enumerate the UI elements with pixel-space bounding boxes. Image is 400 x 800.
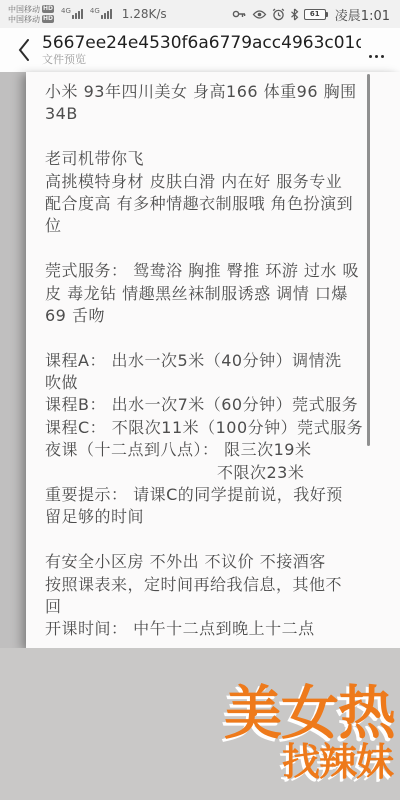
document-page[interactable]: 小米 93年四川美女 身高166 体重96 胸围34B 老司机带你飞高挑模特身材… — [26, 72, 400, 648]
page-subtitle: 文件预览 — [42, 53, 361, 67]
dot-icon — [369, 55, 372, 58]
document-line: 皮 毒龙钻 情趣黑丝袜制服诱惑 调情 口爆 — [45, 283, 374, 305]
document-line: 留足够的时间 — [45, 506, 374, 528]
document-line: 69 舌吻 — [45, 305, 374, 327]
document-text: 小米 93年四川美女 身高166 体重96 胸围34B 老司机带你飞高挑模特身材… — [45, 81, 374, 641]
phone-screen: 中国移动 HD 中国移动 HD 4G 4G 1.28K/s — [0, 0, 400, 800]
document-line: 开课时间： 中午十二点到晚上十二点 — [45, 618, 374, 640]
hd-badge-icon: HD — [42, 15, 54, 23]
status-left: 中国移动 HD 中国移动 HD 4G 4G 1.28K/s — [8, 5, 167, 24]
document-line: 有安全小区房 不外出 不议价 不接酒客 — [45, 551, 374, 573]
dot-icon — [375, 55, 378, 58]
hd-badge-icon: HD — [42, 5, 54, 13]
document-line: 不限次23米 — [45, 462, 374, 484]
network-type-label: 4G — [61, 8, 71, 15]
document-line: 课程B： 出水一次7米（60分钟）莞式服务 — [45, 394, 374, 416]
watermark-title: 美女热 — [224, 684, 395, 742]
file-title: 5667ee24e4530f6a6779acc4963c01d... — [42, 33, 361, 53]
document-line: 重要提示： 请课C的同学提前说，我好预 — [45, 484, 374, 506]
network-speed: 1.28K/s — [122, 7, 167, 21]
carrier-name-2: 中国移动 — [8, 15, 40, 24]
watermark-subtitle: 找辣妹 — [224, 743, 393, 781]
title-block: 5667ee24e4530f6a6779acc4963c01d... 文件预览 — [42, 33, 361, 67]
chevron-left-icon — [18, 39, 30, 61]
app-header: 5667ee24e4530f6a6779acc4963c01d... 文件预览 — [0, 28, 400, 72]
status-time: 凌晨1:01 — [335, 5, 390, 24]
scrollbar-thumb[interactable] — [367, 74, 370, 446]
carrier-block: 中国移动 HD 中国移动 HD — [8, 5, 54, 24]
battery-level: 61 — [304, 9, 326, 20]
alarm-icon — [272, 8, 285, 21]
status-right: 61 凌晨1:01 — [232, 5, 390, 24]
signal-icon: 4G — [61, 9, 83, 19]
document-line: 配合度高 有多种情趣衣制服哦 角色扮演到 — [45, 193, 374, 215]
document-line: 吹做 — [45, 372, 374, 394]
document-line: 莞式服务： 鸳鸯浴 胸推 臀推 环游 过水 吸 — [45, 260, 374, 282]
document-line: 高挑模特身材 皮肤白滑 内在好 服务专业 — [45, 171, 374, 193]
bluetooth-icon — [290, 8, 299, 21]
document-line: 按照课表来，定时间再给我信息，其他不 — [45, 574, 374, 596]
signal-bars-icon — [101, 9, 112, 19]
carrier-name-1: 中国移动 — [8, 5, 40, 14]
watermark-logo: 美女热 找辣妹 — [224, 684, 395, 781]
key-icon — [232, 8, 247, 20]
document-line: 课程C： 不限次11米（100分钟）莞式服务 — [45, 417, 374, 439]
document-line: 老司机带你飞 — [45, 148, 374, 170]
document-line: 34B — [45, 103, 374, 125]
document-line: 小米 93年四川美女 身高166 体重96 胸围 — [45, 81, 374, 103]
status-bar: 中国移动 HD 中国移动 HD 4G 4G 1.28K/s — [0, 0, 400, 28]
preview-area: 小米 93年四川美女 身高166 体重96 胸围34B 老司机带你飞高挑模特身材… — [0, 72, 400, 800]
network-type-label: 4G — [90, 8, 100, 15]
document-line: 位 — [45, 215, 374, 237]
signal-icon-2: 4G — [90, 9, 112, 19]
back-button[interactable] — [10, 33, 38, 67]
eye-icon — [252, 9, 267, 20]
dot-icon — [381, 55, 384, 58]
signal-bars-icon — [72, 9, 83, 19]
document-line: 回 — [45, 596, 374, 618]
battery-icon: 61 — [304, 9, 328, 20]
document-line: 课程A： 出水一次5米（40分钟）调情洗 — [45, 350, 374, 372]
bottom-band: 美女热 找辣妹 — [0, 648, 400, 800]
document-line: 夜课（十二点到八点）： 限三次19米 — [45, 439, 374, 461]
more-options-button[interactable] — [361, 38, 386, 62]
